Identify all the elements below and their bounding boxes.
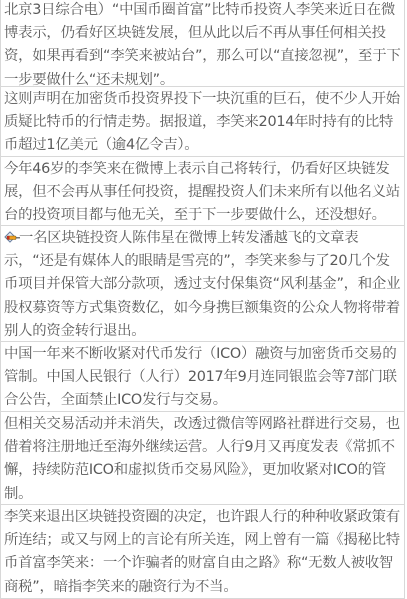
paragraph-4[interactable]: 一名区块链投资人陈伟星在微博上转发潘越飞的文章表示，“还是有媒体人的眼睛是雪亮的… [1, 226, 404, 342]
article-body: 北京3日综合电）“中国币圈首富”比特币投资人李笑来近日在微博表示，仍看好区块链发… [0, 0, 405, 599]
paragraph-text: 北京3日综合电）“中国币圈首富”比特币投资人李笑来近日在微博表示，仍看好区块链发… [4, 2, 400, 88]
paragraph-text: 这则声明在加密货币投资界投下一块沉重的巨石，使不少人开始质疑比特币的行情走势。据… [4, 91, 400, 153]
paragraph-text: 一名区块链投资人陈伟星在微博上转发潘越飞的文章表示，“还是有媒体人的眼睛是雪亮的… [4, 230, 400, 339]
paragraph-3: 今年46岁的李笑来在微博上表示自己将转行，仍看好区块链发展，但不会再从事任何投资… [1, 157, 404, 226]
paragraph-5: 中国一年来不断收紧对代币发行（ICO）融资与加密货币交易的管制。中国人民银行（人… [1, 342, 404, 412]
paragraph-2: 这则声明在加密货币投资界投下一块沉重的巨石，使不少人开始质疑比特币的行情走势。据… [1, 87, 404, 157]
edit-pencil-icon[interactable] [4, 229, 20, 243]
paragraph-text: 中国一年来不断收紧对代币发行（ICO）融资与加密货币交易的管制。中国人民银行（人… [4, 346, 397, 408]
paragraph-text: 但相关交易活动并未消失，改透过微信等网路社群进行交易，也借着将注册地迁至海外继续… [4, 416, 400, 502]
paragraph-7: 李笑来退出区块链投资圈的决定，也许跟人行的种种收紧政策有所连结；或又与网上的言论… [1, 505, 404, 599]
paragraph-6: 但相关交易活动并未消失，改透过微信等网路社群进行交易，也借着将注册地迁至海外继续… [1, 412, 404, 505]
paragraph-text: 李笑来退出区块链投资圈的决定，也许跟人行的种种收紧政策有所连结；或又与网上的言论… [4, 509, 400, 595]
paragraph-1: 北京3日综合电）“中国币圈首富”比特币投资人李笑来近日在微博表示，仍看好区块链发… [1, 0, 404, 87]
paragraph-text: 今年46岁的李笑来在微博上表示自己将转行，仍看好区块链发展，但不会再从事任何投资… [4, 161, 400, 223]
